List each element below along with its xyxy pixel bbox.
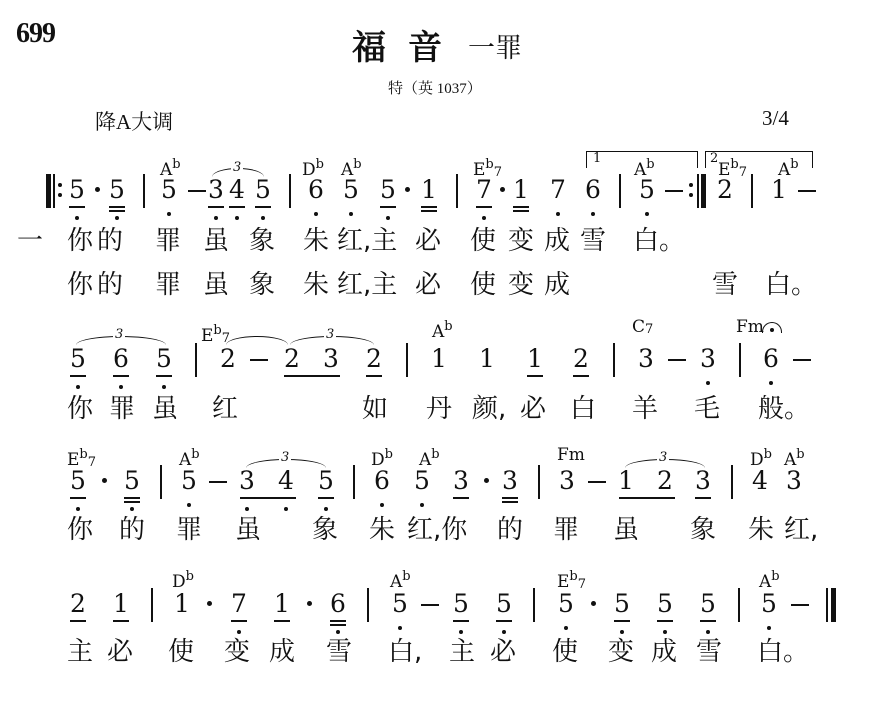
note: 3 [697,345,719,373]
lyric: 变 [508,226,534,256]
lyric: 颜, [472,394,506,424]
note: 1 [428,345,450,373]
lyric: 红, [784,515,818,545]
hymn-title: 福音 [352,20,464,69]
note: 1 [510,176,532,204]
repeat-end-thick-bar [701,174,706,208]
augmentation-dot [207,601,212,606]
barline [613,343,615,377]
lyric: 虽 [203,270,229,300]
fermata-icon [762,322,782,333]
augmentation-dot [591,601,596,606]
lyric: 的 [97,270,123,300]
lyric: 主 [67,637,93,667]
barline [751,174,753,208]
lyric: 的 [97,226,123,256]
barline [533,588,535,622]
note: 1 [110,590,132,618]
key-signature: 降A大调 [95,106,173,136]
barline [619,174,621,208]
lyric: 象 [249,226,275,256]
note: 5 [377,176,399,204]
note: 3 [450,467,472,495]
augmentation-dot [500,187,505,192]
note: 5 [106,176,128,204]
note: 2 [363,345,385,373]
hold-dash [588,481,606,483]
note: 1 [271,590,293,618]
note: 6 [371,467,393,495]
lyric: 罪 [176,515,202,545]
eighth-beam [240,497,296,499]
note: 5 [340,176,362,204]
note: 5 [758,590,780,618]
hold-dash [665,190,683,192]
note: 5 [66,176,88,204]
note: 5 [555,590,577,618]
augmentation-dot [484,478,489,483]
lyric: 必 [490,637,516,667]
chord-symbol: C7 [632,318,653,339]
lyric: 变 [508,270,534,300]
lyric: 白, [388,637,422,667]
lyric: 的 [119,515,145,545]
repeat-end-thin-bar [697,174,699,208]
note: 3 [236,467,258,495]
note: 3 [635,345,657,373]
repeat-dot [689,193,693,197]
note: 3 [556,467,578,495]
lyric: 罪 [553,515,579,545]
note: 5 [389,590,411,618]
note: 5 [121,467,143,495]
lyric: 必 [415,270,441,300]
lyric: 你 [67,394,93,424]
final-thin-bar [826,588,828,622]
lyric: 红,主 [337,270,397,300]
note: 3 [783,467,805,495]
lyric: 罪 [155,226,181,256]
hold-dash [793,359,811,361]
augmentation-dot [95,187,100,192]
note: 1 [171,590,193,618]
note: 1 [524,345,546,373]
note: 5 [153,345,175,373]
note: 6 [760,345,782,373]
note: 5 [493,590,515,618]
lyric: 成 [544,226,570,256]
note: 2 [654,467,676,495]
note: 5 [450,590,472,618]
lyric: 朱 [303,226,329,256]
augmentation-dot [405,187,410,192]
lyric: 成 [544,270,570,300]
note: 7 [547,176,569,204]
lyric: 雪 [696,637,722,667]
note: 3 [320,345,342,373]
hold-dash [209,481,227,483]
triplet-number: 3 [279,450,291,465]
lyric: 必 [520,394,546,424]
note: 6 [305,176,327,204]
note: 1 [418,176,440,204]
note: 5 [697,590,719,618]
lyric: 你 [67,270,93,300]
note: 4 [226,176,248,204]
chord-symbol: Fm [557,446,585,464]
eighth-beam [619,497,675,499]
lyric: 你 [67,226,93,256]
lyric: 必 [415,226,441,256]
lyric: 变 [608,637,634,667]
hymn-number: 699 [16,18,55,50]
lyric: 虽 [235,515,261,545]
lyric: 红,你 [407,515,467,545]
lyric: 罪 [109,394,135,424]
note: 5 [315,467,337,495]
note: 2 [570,345,592,373]
lyric: 使 [470,270,496,300]
lyric: 丹 [426,394,452,424]
lyric: 如 [362,394,388,424]
lyric: 般。 [758,394,810,424]
chord-symbol: Ab [759,568,780,591]
verse-marker: 一 [17,226,43,256]
note: 5 [636,176,658,204]
note: 5 [158,176,180,204]
lyric: 象 [690,515,716,545]
eighth-beam [284,375,340,377]
chord-symbol: Fm [736,318,764,336]
barline [731,465,733,499]
lyric: 朱 [303,270,329,300]
lyric: 红 [212,394,238,424]
lyric: 白。 [757,637,809,667]
note: 3 [692,467,714,495]
note: 4 [749,467,771,495]
note: 5 [178,467,200,495]
note: 2 [281,345,303,373]
note: 3 [205,176,227,204]
lyric: 白 [570,394,596,424]
note: 1 [615,467,637,495]
lyric: 红,主 [337,226,397,256]
hold-dash [791,604,809,606]
barline [406,343,408,377]
barline [367,588,369,622]
barline [160,465,162,499]
chord-symbol: Ab [390,568,411,591]
barline [739,343,741,377]
barline [143,174,145,208]
repeat-start-thick-bar [46,174,51,208]
augmentation-dot [307,601,312,606]
barline [456,174,458,208]
lyric: 成 [651,637,677,667]
repeat-dot [58,183,62,187]
time-signature: 3/4 [762,106,789,131]
repeat-dot [58,193,62,197]
lyric: 主 [449,637,475,667]
note: 2 [714,176,736,204]
note: 1 [768,176,790,204]
note: 6 [327,590,349,618]
note: 2 [217,345,239,373]
note: 2 [67,590,89,618]
triplet-number: 3 [324,327,336,342]
lyric: 成 [269,637,295,667]
hold-dash [188,190,206,192]
lyric: 毛 [694,394,720,424]
lyric: 使 [168,637,194,667]
hymn-subtitle: 一罪 [468,26,522,65]
lyric: 雪 [712,270,738,300]
lyric: 变 [224,637,250,667]
lyric: 使 [552,637,578,667]
barline [289,174,291,208]
repeat-dot [689,183,693,187]
lyric: 必 [107,637,133,667]
note: 6 [582,176,604,204]
lyric: 虽 [203,226,229,256]
lyric: 朱 [369,515,395,545]
lyric: 象 [312,515,338,545]
note: 5 [252,176,274,204]
triplet-number: 3 [657,450,669,465]
note: 7 [228,590,250,618]
volta-number: 1 [593,151,601,166]
barline [538,465,540,499]
lyric: 虽 [613,515,639,545]
lyric: 你 [67,515,93,545]
lyric: 象 [249,270,275,300]
note: 5 [67,467,89,495]
note: 6 [110,345,132,373]
lyric: 使 [470,226,496,256]
note: 5 [654,590,676,618]
barline [353,465,355,499]
hold-dash [421,604,439,606]
lyric: 的 [497,515,523,545]
barline [738,588,740,622]
lyric: 罪 [155,270,181,300]
barline [151,588,153,622]
note: 5 [67,345,89,373]
lyric: 白。 [765,270,817,300]
triplet-number: 3 [231,160,243,175]
barline [195,343,197,377]
note: 5 [611,590,633,618]
note: 4 [275,467,297,495]
lyric: 雪 [326,637,352,667]
hold-dash [798,190,816,192]
lyric: 朱 [748,515,774,545]
tune-source: 特（英 1037） [388,77,482,98]
augmentation-dot [102,478,107,483]
hold-dash [250,359,268,361]
note: 5 [411,467,433,495]
repeat-start-thin-bar [53,174,55,208]
lyric: 白。 [633,226,685,256]
chord-symbol: Db [172,568,194,591]
triplet-number: 3 [113,327,125,342]
chord-symbol: Ab [432,318,453,341]
note: 3 [499,467,521,495]
lyric: 虽 [152,394,178,424]
hold-dash [668,359,686,361]
note: 7 [473,176,495,204]
note: 1 [476,345,498,373]
lyric: 羊 [632,394,658,424]
final-thick-bar [831,588,836,622]
lyric: 雪 [580,226,606,256]
